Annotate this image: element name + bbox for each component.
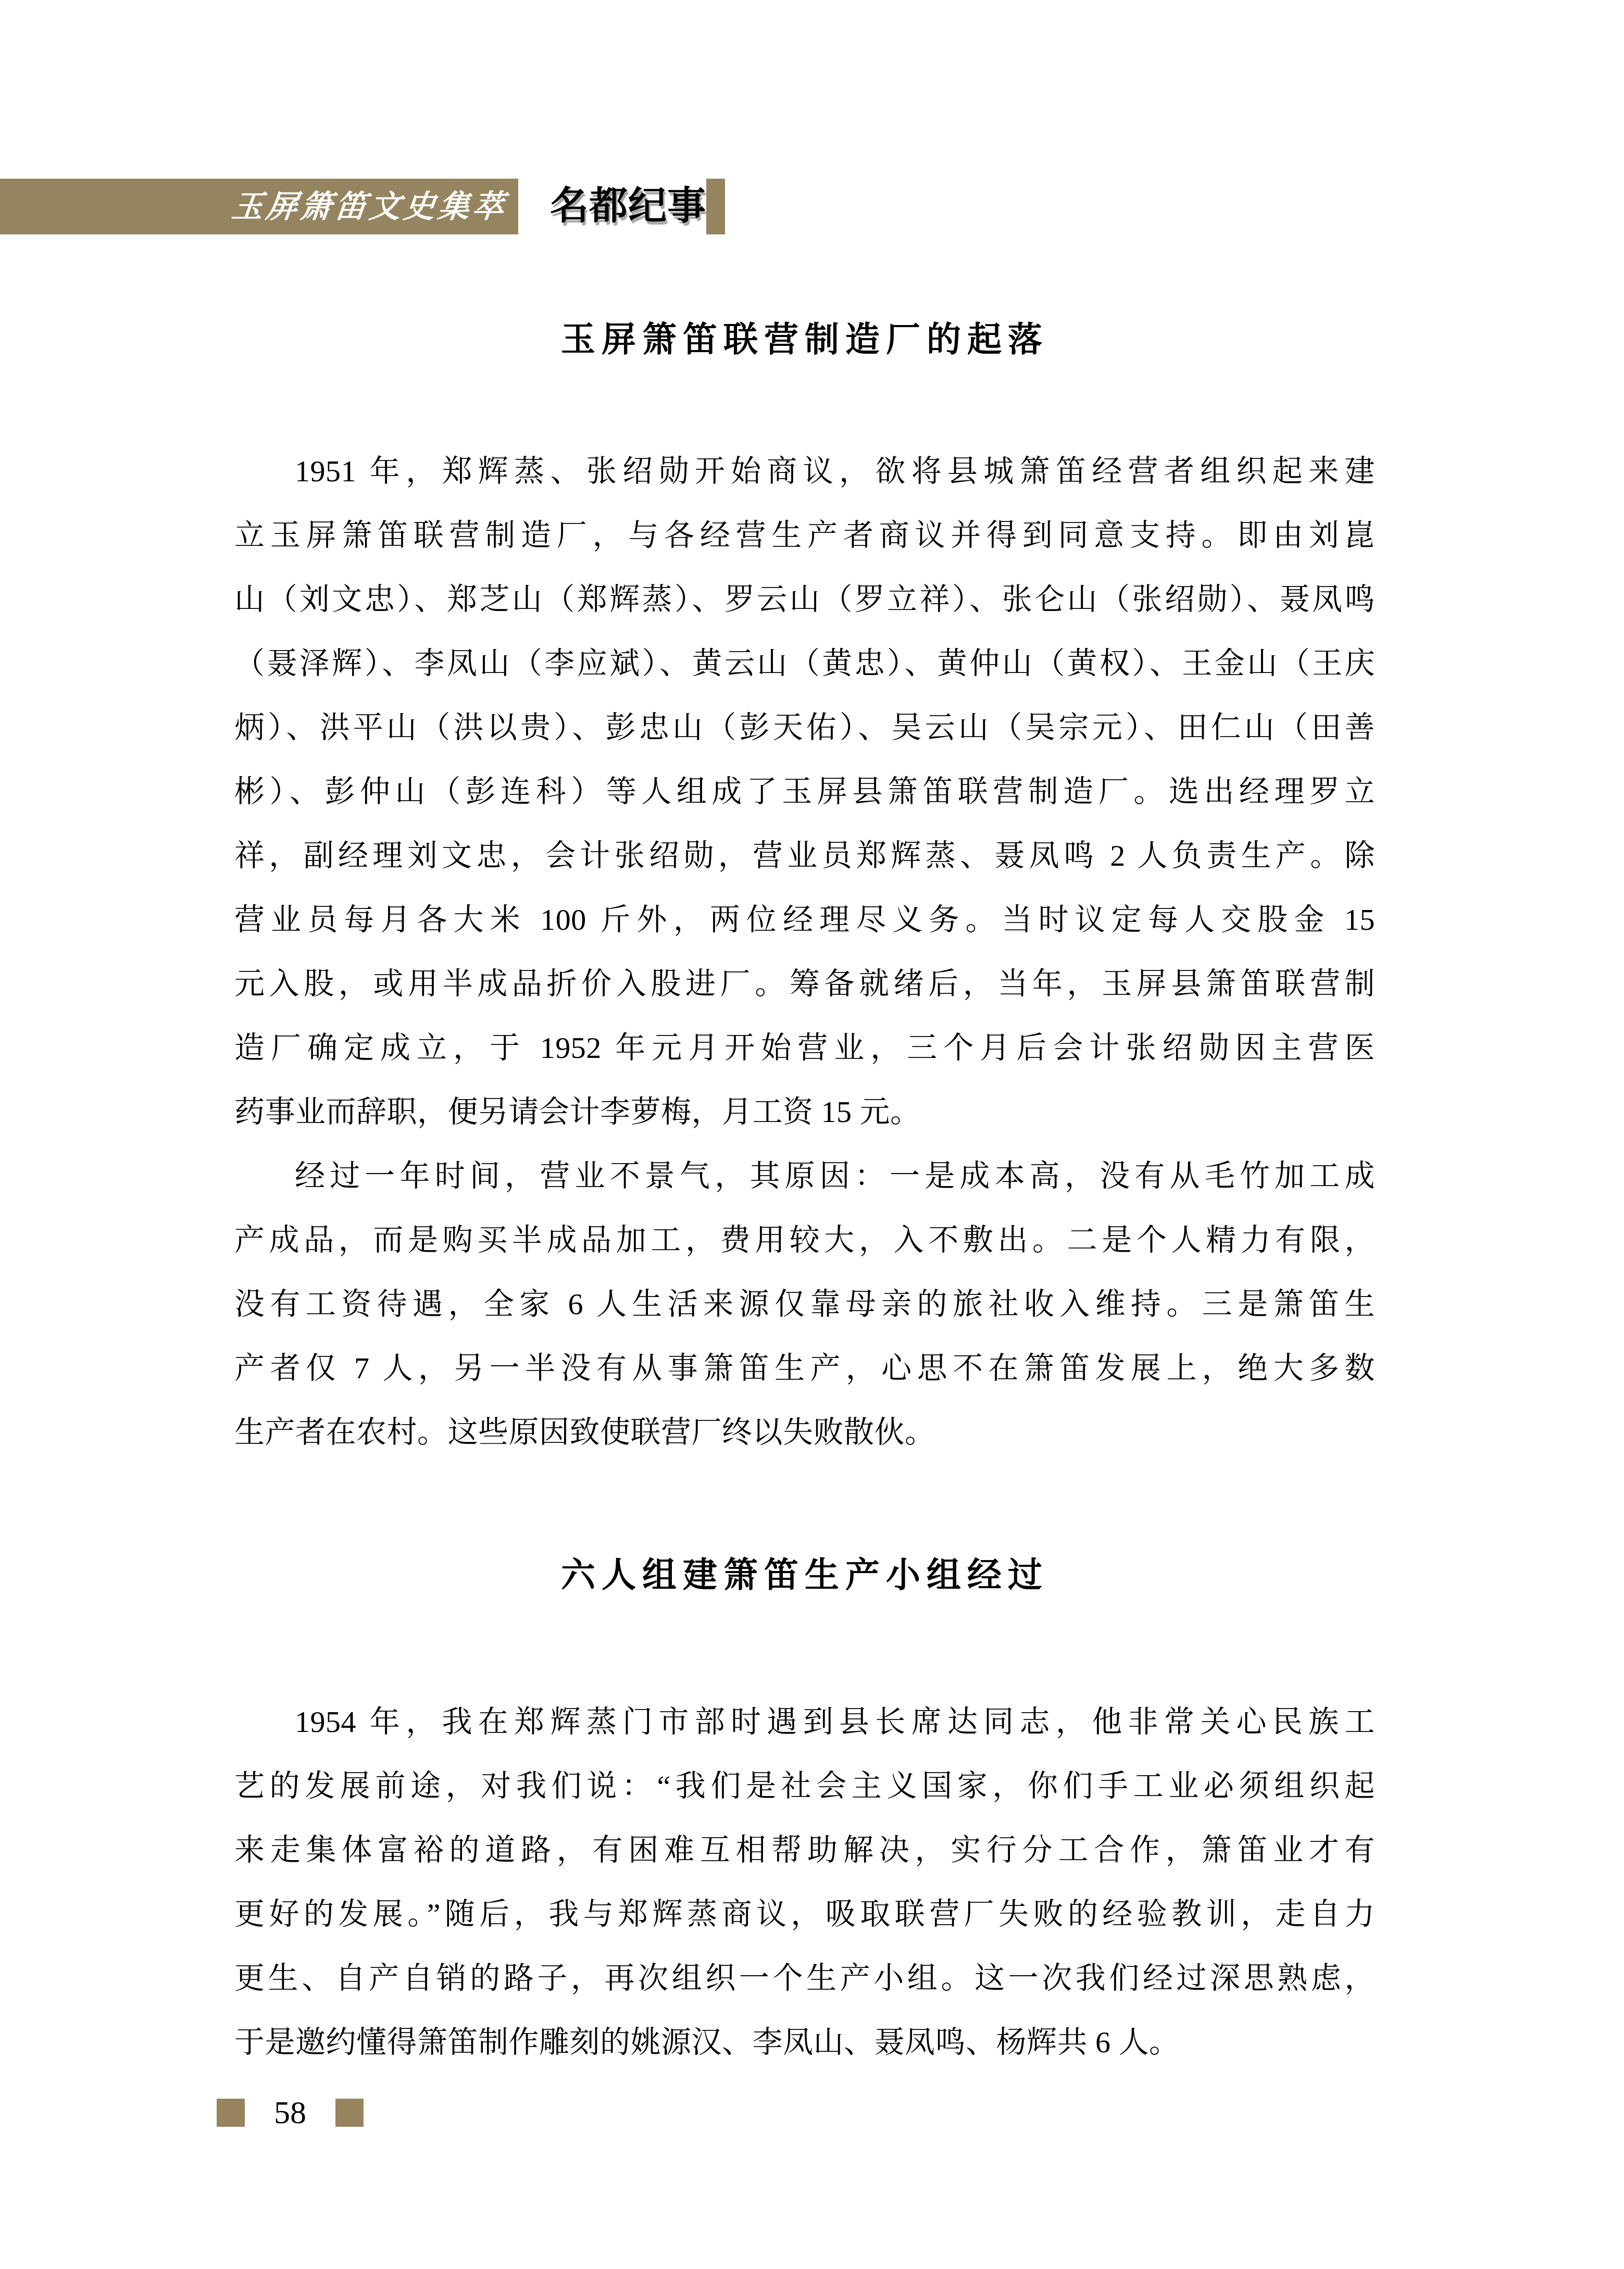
book-page: 玉屏箫笛文史集萃 名都纪事 玉屏箫笛联营制造厂的起落 1951 年，郑辉蒸、张绍… bbox=[0, 0, 1624, 2269]
body-line: 于是邀约懂得箫笛制作雕刻的姚源汉、李凤山、聂凤鸣、杨辉共 6 人。 bbox=[234, 2010, 1375, 2074]
body-line: 艺的发展前途，对我们说：“我们是社会主义国家，你们手工业必须组织起 bbox=[234, 1754, 1375, 1818]
body-line: 炳）、洪平山（洪以贵）、彭忠山（彭天佑）、吴云山（吴宗元）、田仁山（田善 bbox=[234, 695, 1375, 759]
header-accent-bar bbox=[706, 179, 725, 234]
body-line: 元入股，或用半成品折价入股进厂。筹备就绪后，当年，玉屏县箫笛联营制 bbox=[234, 952, 1375, 1016]
body-line: 立玉屏箫笛联营制造厂，与各经营生产者商议并得到同意支持。即由刘崑 bbox=[234, 503, 1375, 567]
body-line: 山（刘文忠）、郑芝山（郑辉蒸）、罗云山（罗立祥）、张仑山（张绍勋）、聂凤鸣 bbox=[234, 567, 1375, 631]
header-series-title: 名都纪事 bbox=[550, 179, 706, 234]
body-line: 彬）、彭仲山（彭连科）等人组成了玉屏县箫笛联营制造厂。选出经理罗立 bbox=[234, 759, 1375, 824]
footer-left-square bbox=[217, 2099, 245, 2127]
body-line: 更好的发展。”随后，我与郑辉蒸商议，吸取联营厂失败的经验教训，走自力 bbox=[234, 1882, 1375, 1946]
body-line: 1951 年，郑辉蒸、张绍勋开始商议，欲将县城箫笛经营者组织起来建 bbox=[234, 439, 1375, 503]
body-line: 更生、自产自销的路子，再次组织一个生产小组。这一次我们经过深思熟虑， bbox=[234, 1946, 1375, 2010]
body-line: （聂泽辉）、李凤山（李应斌）、黄云山（黄忠）、黄仲山（黄权）、王金山（王庆 bbox=[234, 631, 1375, 695]
body-line: 经过一年时间，营业不景气，其原因：一是成本高，没有从毛竹加工成 bbox=[234, 1144, 1375, 1208]
body-line: 来走集体富裕的道路，有困难互相帮助解决，实行分工合作，箫笛业才有 bbox=[234, 1818, 1375, 1882]
footer-right-square bbox=[335, 2099, 364, 2127]
header-band: 玉屏箫笛文史集萃 bbox=[0, 179, 518, 234]
section-2-heading: 六人组建箫笛生产小组经过 bbox=[234, 1548, 1375, 1603]
body-line: 产者仅 7 人，另一半没有从事箫笛生产，心思不在箫笛发展上，绝大多数 bbox=[234, 1336, 1375, 1400]
page-footer: 58 bbox=[217, 2098, 364, 2127]
body-line: 没有工资待遇，全家 6 人生活来源仅靠母亲的旅社收入维持。三是箫笛生 bbox=[234, 1272, 1375, 1336]
header-calligraphy-title: 玉屏箫笛文史集萃 bbox=[230, 191, 508, 222]
body-line: 祥，副经理刘文忠，会计张绍勋，营业员郑辉蒸、聂凤鸣 2 人负责生产。除 bbox=[234, 824, 1375, 888]
body-line: 产成品，而是购买半成品加工，费用较大，入不敷出。二是个人精力有限， bbox=[234, 1208, 1375, 1272]
text-column: 玉屏箫笛联营制造厂的起落 1951 年，郑辉蒸、张绍勋开始商议，欲将县城箫笛经营… bbox=[234, 313, 1375, 2074]
body-line: 营业员每月各大米 100 斤外，两位经理尽义务。当时议定每人交股金 15 bbox=[234, 888, 1375, 952]
body-line: 1954 年，我在郑辉蒸门市部时遇到县长席达同志，他非常关心民族工 bbox=[234, 1690, 1375, 1754]
body-line: 药事业而辞职，便另请会计李萝梅，月工资 15 元。 bbox=[234, 1080, 1375, 1144]
section-1-heading: 玉屏箫笛联营制造厂的起落 bbox=[234, 313, 1375, 368]
body-line: 造厂确定成立，于 1952 年元月开始营业，三个月后会计张绍勋因主营医 bbox=[234, 1016, 1375, 1080]
body-line: 生产者在农村。这些原因致使联营厂终以失败散伙。 bbox=[234, 1400, 1375, 1464]
page-number: 58 bbox=[274, 2099, 306, 2127]
